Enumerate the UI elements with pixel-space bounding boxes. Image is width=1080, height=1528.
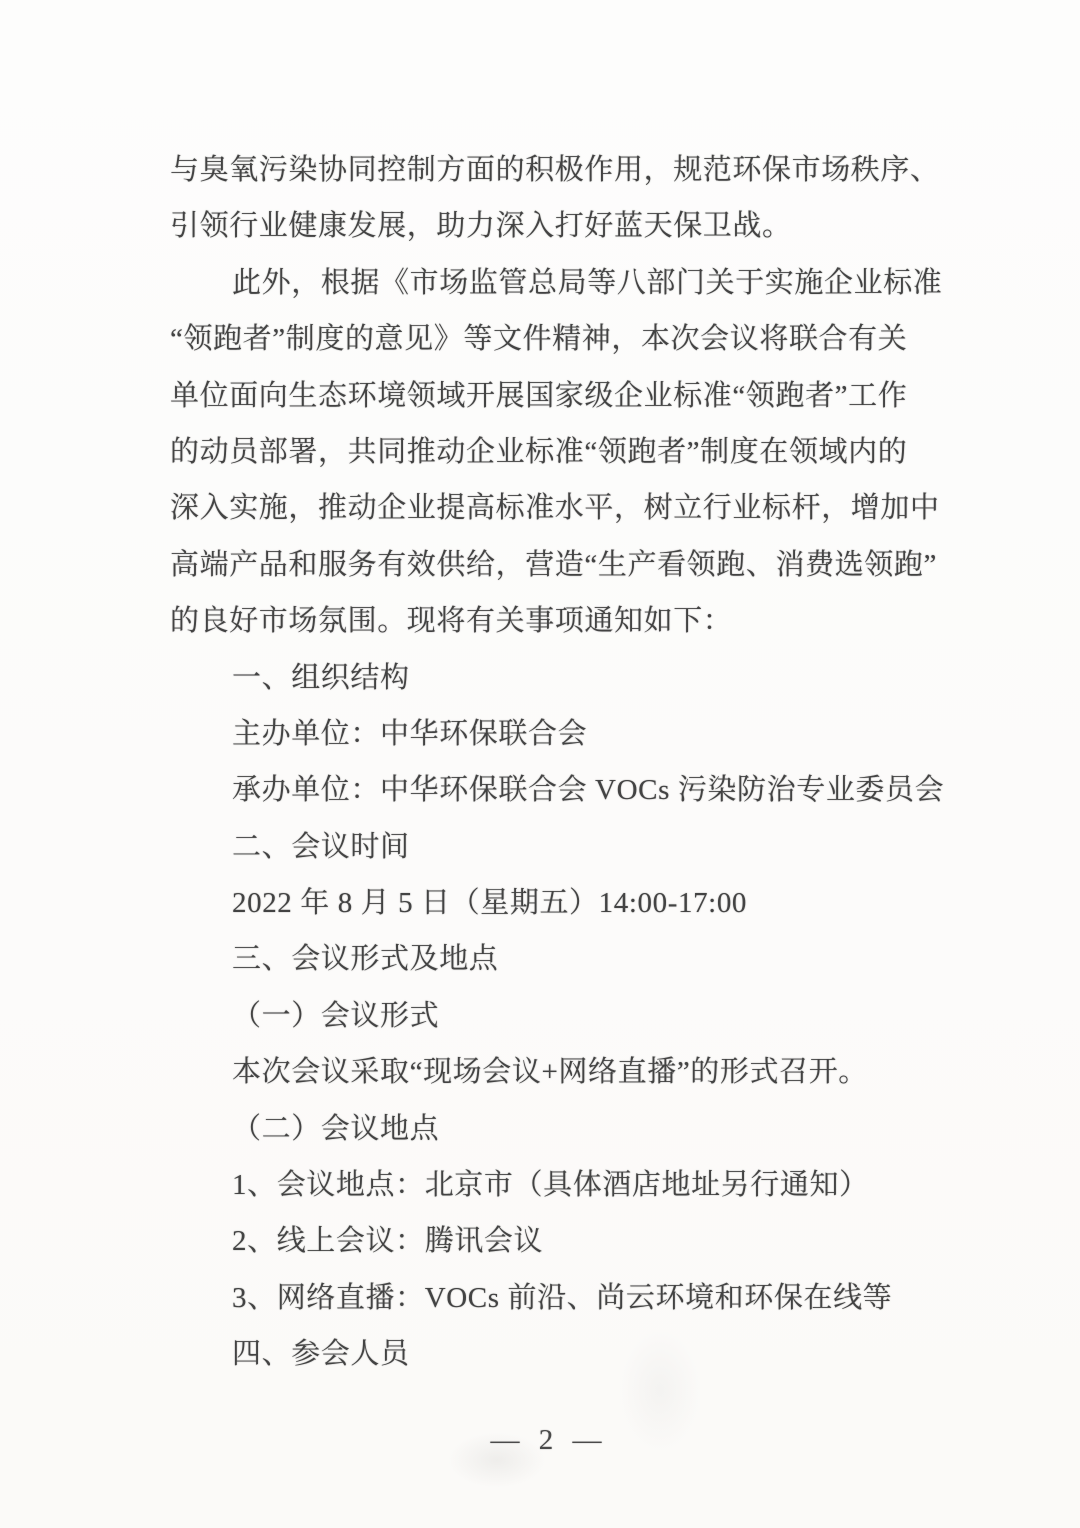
text-line: 本次会议采取“现场会议+网络直播”的形式召开。: [170, 1044, 938, 1100]
text-line: 的动员部署，共同推动企业标准“领跑者”制度在领域内的: [170, 424, 938, 480]
text-line: 高端产品和服务有效供给，营造“生产看领跑、消费选领跑”: [170, 537, 938, 593]
text-line: 主办单位：中华环保联合会: [170, 706, 938, 762]
text-line: 与臭氧污染协同控制方面的积极作用，规范环保市场秩序、: [170, 142, 938, 198]
text-line: 三、会议形式及地点: [170, 931, 938, 987]
text-line: 此外，根据《市场监管总局等八部门关于实施企业标准: [170, 255, 938, 311]
text-line: 二、会议时间: [170, 819, 938, 875]
text-line: 3、网络直播：VOCs 前沿、尚云环境和环保在线等: [170, 1270, 938, 1326]
document-text-block: 与臭氧污染协同控制方面的积极作用，规范环保市场秩序、引领行业健康发展，助力深入打…: [170, 142, 938, 1383]
text-line: 深入实施，推动企业提高标准水平，树立行业标杆，增加中: [170, 480, 938, 536]
page-number: — 2 —: [0, 1412, 1080, 1468]
text-line: 承办单位：中华环保联合会 VOCs 污染防治专业委员会: [170, 762, 938, 818]
text-line: 1、会议地点：北京市（具体酒店地址另行通知）: [170, 1157, 938, 1213]
text-line: 一、组织结构: [170, 650, 938, 706]
text-line: “领跑者”制度的意见》等文件精神，本次会议将联合有关: [170, 311, 938, 367]
text-line: 四、参会人员: [170, 1326, 938, 1382]
text-line: （二）会议地点: [170, 1101, 938, 1157]
document-page: 与臭氧污染协同控制方面的积极作用，规范环保市场秩序、引领行业健康发展，助力深入打…: [0, 0, 1080, 1528]
text-line: （一）会议形式: [170, 988, 938, 1044]
text-line: 引领行业健康发展，助力深入打好蓝天保卫战。: [170, 198, 938, 254]
text-line: 的良好市场氛围。现将有关事项通知如下：: [170, 593, 938, 649]
text-line: 2022 年 8 月 5 日（星期五）14:00-17:00: [170, 875, 938, 931]
text-line: 单位面向生态环境领域开展国家级企业标准“领跑者”工作: [170, 368, 938, 424]
text-line: 2、线上会议：腾讯会议: [170, 1213, 938, 1269]
